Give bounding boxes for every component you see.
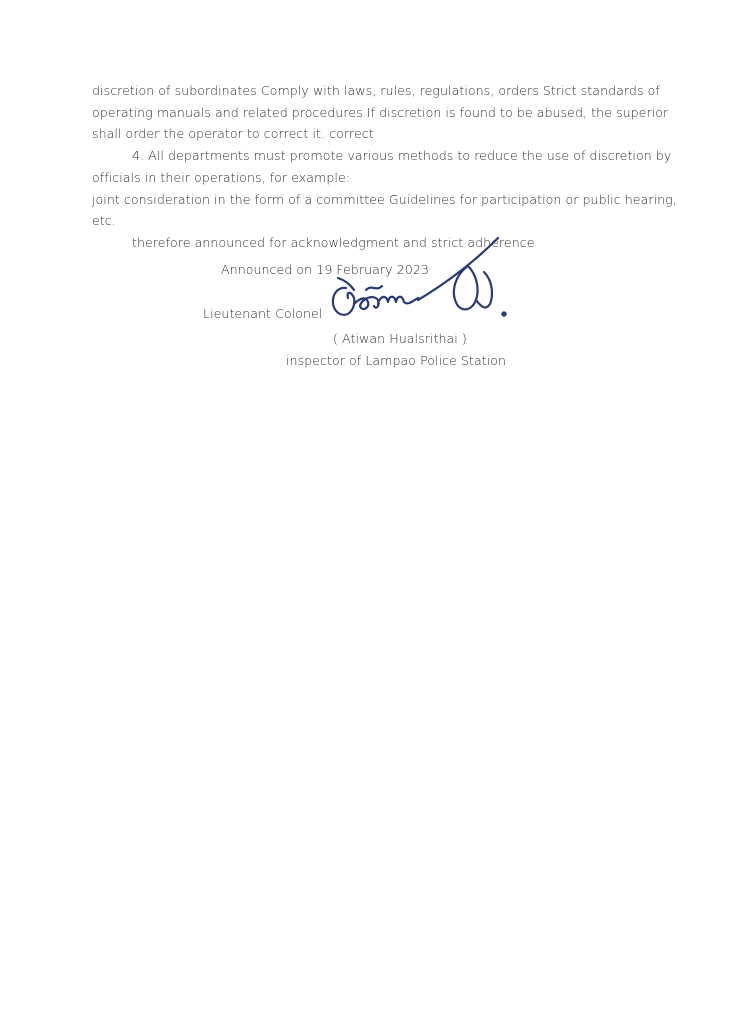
body-line: discretion of subordinates Comply with l… [92, 83, 660, 99]
signatory-name: ( Atiwan Hualsrithai ) [333, 331, 467, 347]
body-line: joint consideration in the form of a com… [92, 192, 677, 208]
signatory-position: inspector of Lampao Police Station [286, 353, 506, 369]
body-line: shall order the operator to correct it. … [92, 126, 374, 142]
body-line: etc. [92, 213, 116, 229]
signature-icon [318, 228, 518, 328]
document-page: discretion of subordinates Comply with l… [0, 0, 734, 1024]
body-line: officials in their operations, for examp… [92, 170, 350, 186]
signatory-rank: Lieutenant Colonel [203, 306, 322, 322]
body-line-item-4: 4. All departments must promote various … [132, 148, 671, 164]
body-line: operating manuals and related procedures… [92, 105, 668, 121]
